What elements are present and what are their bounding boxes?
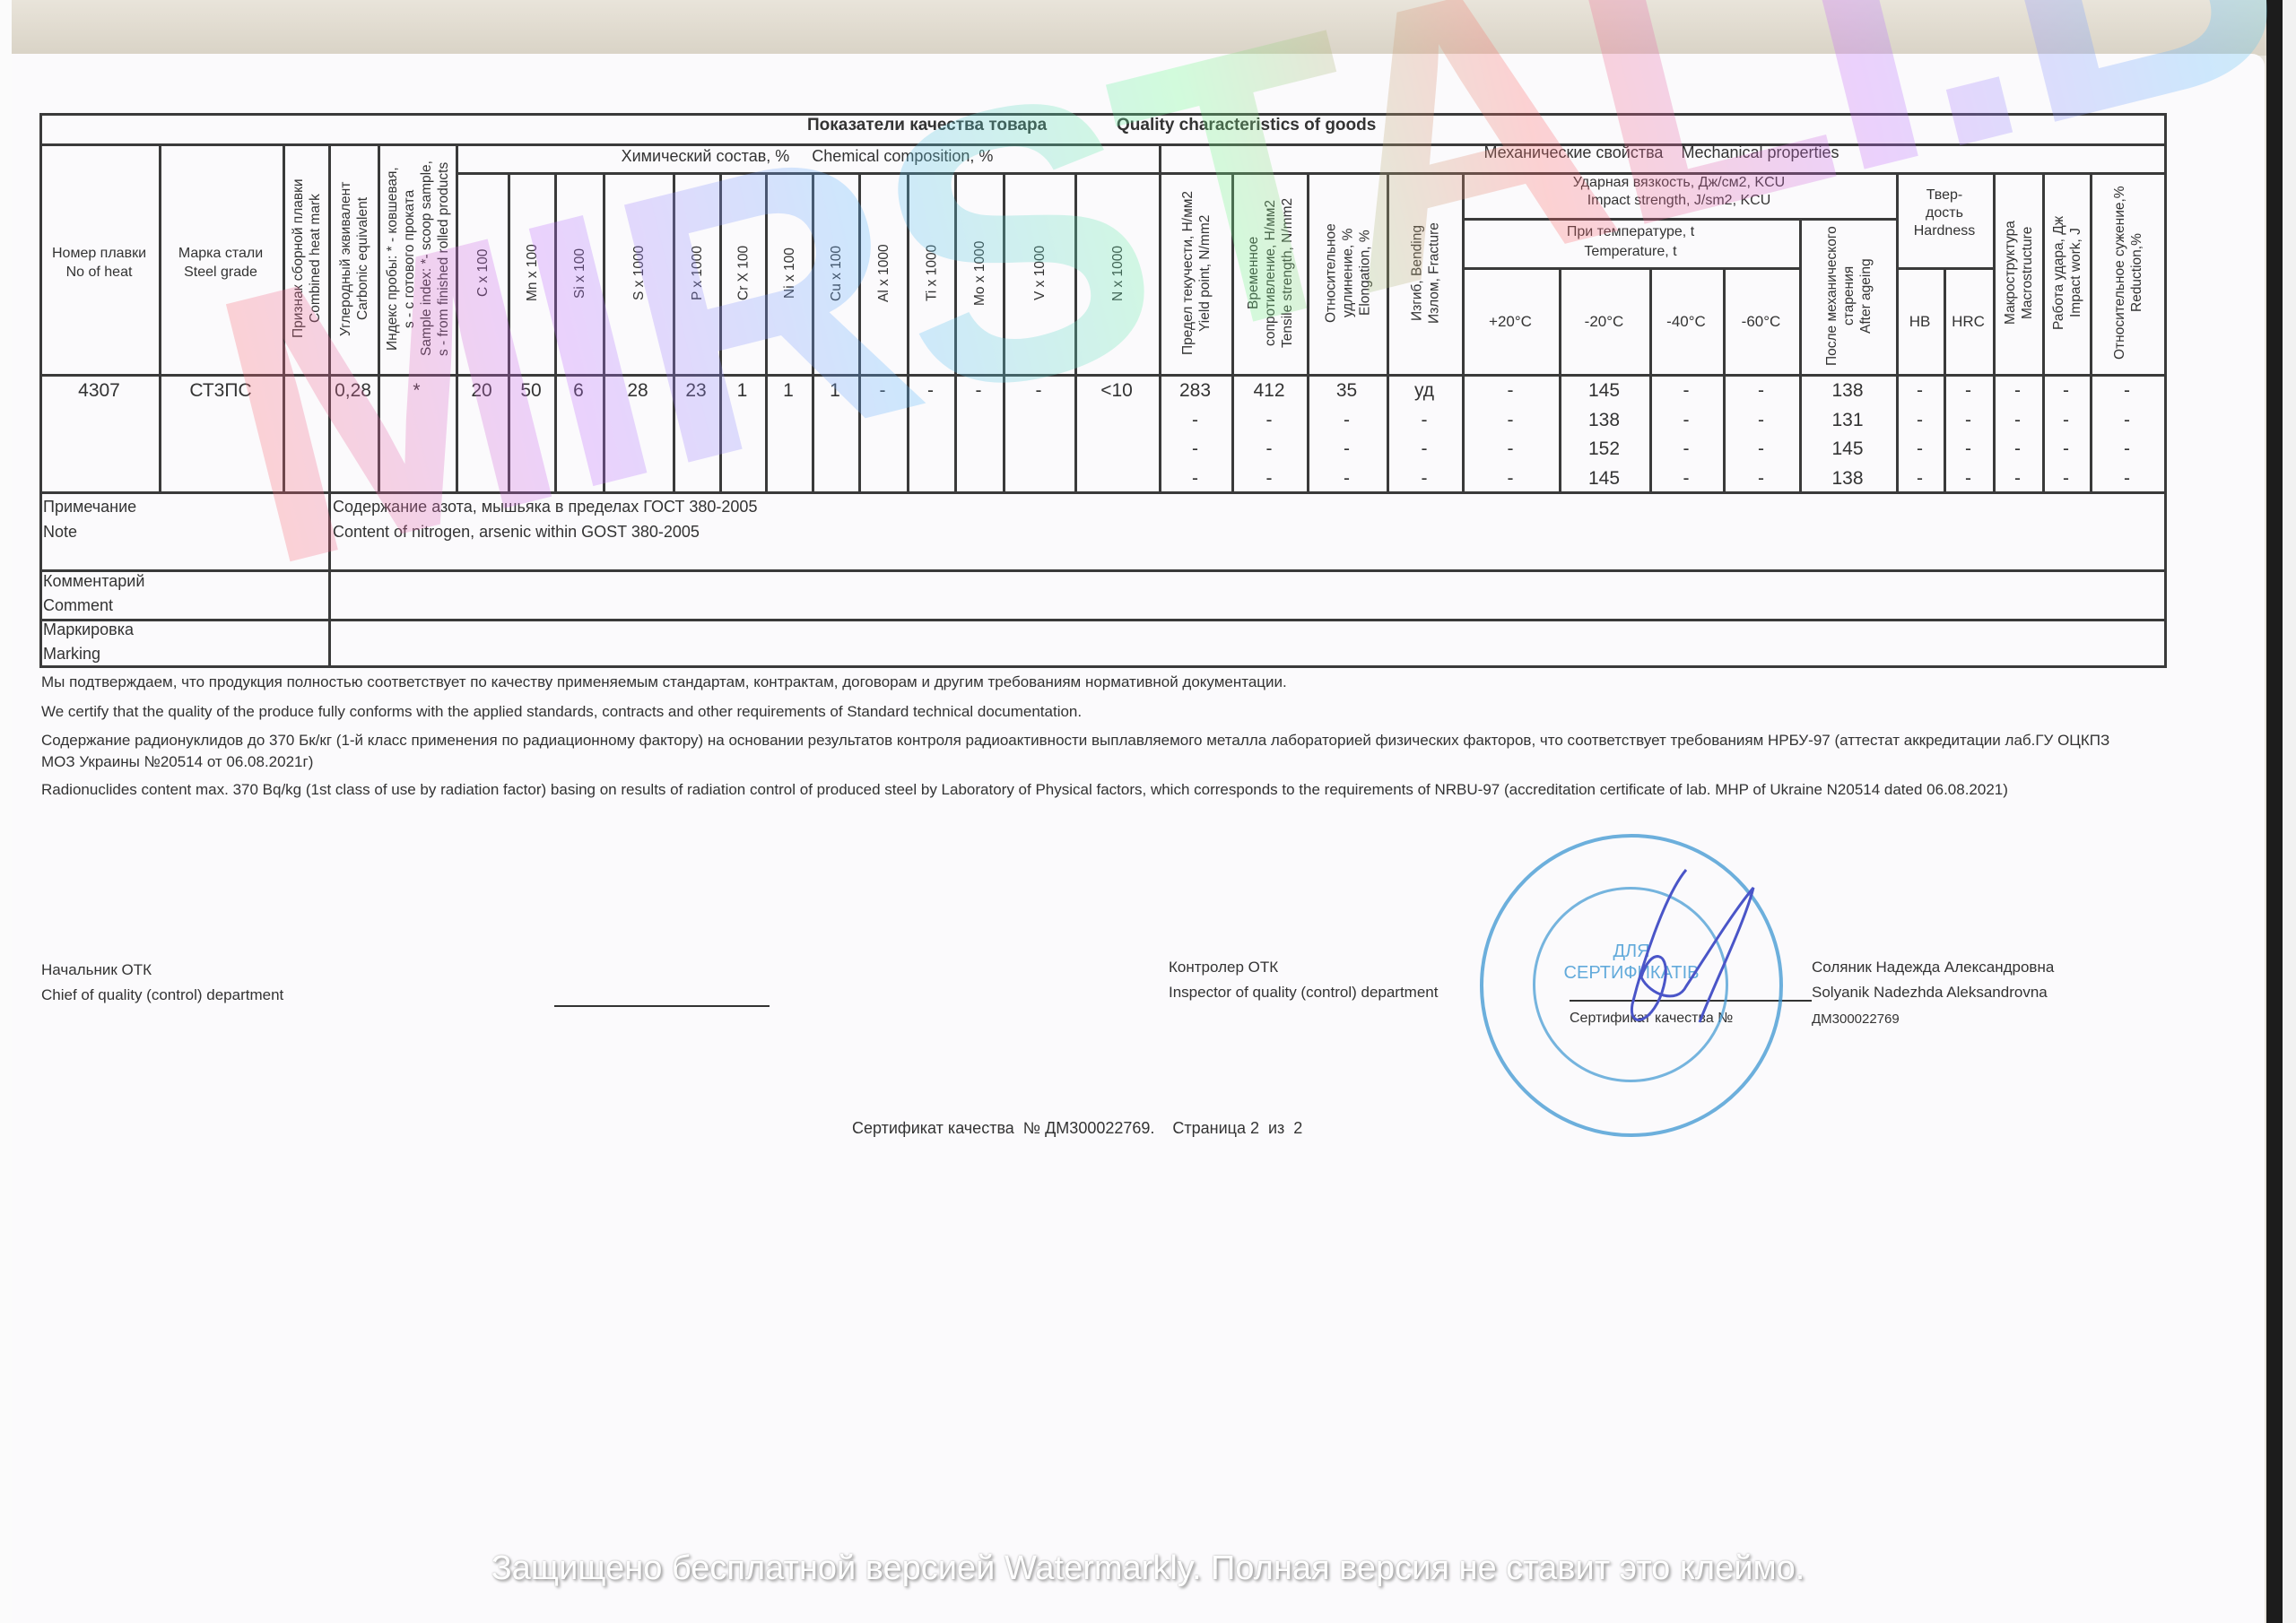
column-header-HB: HB	[1896, 312, 1944, 331]
column-header-C: C x 100	[458, 176, 508, 370]
column-header-HRC: HRC	[1944, 312, 1993, 331]
cell-t-m40: -	[1649, 468, 1723, 490]
cell-t-p20: -	[1462, 410, 1559, 431]
column-header-Cu: Cu x 100	[814, 176, 858, 370]
cell-t-m20: 138	[1559, 410, 1649, 431]
cell-P: 23	[673, 380, 719, 402]
radionuclides-text-en: Radionuclides content max. 370 Bq/kg (1s…	[41, 779, 2131, 801]
cell-impact-work: -	[2042, 468, 2090, 490]
column-header-t-m60: -60°C	[1723, 312, 1799, 331]
cell-bending: -	[1387, 468, 1462, 490]
column-header-elongation: Относительное удлинение, % Elongation, %	[1309, 176, 1387, 370]
cell-HB: -	[1896, 468, 1944, 490]
signature-icon	[1578, 861, 1812, 1040]
cell-steel-grade: СТ3ПС	[159, 380, 283, 402]
cell-after-ageing: 145	[1799, 438, 1896, 460]
table-rule	[159, 143, 161, 491]
table-rule	[39, 569, 2167, 572]
watermarkly-notice: Защищено бесплатной версией Watermarkly.…	[0, 1549, 2296, 1588]
column-header-carbon-eq: Углеродный эквивалент Carbonic equivalen…	[331, 147, 378, 370]
cell-t-m40: -	[1649, 438, 1723, 460]
table-rule	[39, 374, 2167, 377]
cell-t-m60: -	[1723, 438, 1799, 460]
cell-t-p20: -	[1462, 468, 1559, 490]
cell-macro: -	[1993, 380, 2042, 402]
column-header-S: S x 1000	[605, 176, 673, 370]
column-header-Mo: Mo x 1000	[957, 176, 1003, 370]
cell-after-ageing: 131	[1799, 410, 1896, 431]
chief-signature-line	[554, 1005, 770, 1007]
table-rule	[2164, 113, 2167, 665]
comment-label-en: Comment	[43, 596, 113, 615]
note-text-ru: Содержание азота, мышьяка в пределах ГОС…	[333, 498, 757, 516]
cell-macro: -	[1993, 468, 2042, 490]
temperature-heading: При температуре, t Temperature, t	[1462, 222, 1799, 262]
cell-reduction: -	[2090, 438, 2164, 460]
cell-impact-work: -	[2042, 380, 2090, 402]
cell-tensile: -	[1231, 468, 1307, 490]
marking-label-en: Marking	[43, 645, 100, 664]
scanner-edge-light	[2283, 0, 2296, 1623]
cell-t-m60: -	[1723, 468, 1799, 490]
column-header-t-p20: +20°C	[1462, 312, 1559, 331]
cell-Cu: 1	[812, 380, 858, 402]
cell-Ni: 1	[765, 380, 812, 402]
table-rule	[1462, 218, 1899, 221]
cell-t-m40: -	[1649, 380, 1723, 402]
cell-macro: -	[1993, 410, 2042, 431]
cell-elongation: -	[1307, 438, 1387, 460]
scanner-edge	[2266, 0, 2283, 1623]
cell-elongation: -	[1307, 410, 1387, 431]
cell-tensile: 412	[1231, 380, 1307, 402]
chief-title-ru: Начальник ОТК	[41, 960, 152, 979]
cell-t-p20: -	[1462, 380, 1559, 402]
cell-impact-work: -	[2042, 438, 2090, 460]
column-header-bending: Изгиб, Bending Излом, Fracture	[1389, 176, 1462, 370]
cell-yield: -	[1159, 468, 1231, 490]
cell-carbon-eq: 0,28	[328, 380, 378, 402]
cell-t-m60: -	[1723, 380, 1799, 402]
column-header-Mn: Mn x 100	[510, 176, 554, 370]
cell-tensile: -	[1231, 410, 1307, 431]
column-header-Al: Al x 1000	[861, 176, 907, 370]
cell-HB: -	[1896, 380, 1944, 402]
radionuclides-text-ru: Содержание радионуклидов до 370 Бк/кг (1…	[41, 730, 2131, 773]
table-title-ru: Показатели качества товара	[807, 116, 1047, 135]
cell-tensile: -	[1231, 438, 1307, 460]
note-text-en: Content of nitrogen, arsenic within GOST…	[333, 523, 700, 542]
cell-N: <10	[1074, 380, 1159, 402]
cell-elongation: -	[1307, 468, 1387, 490]
cell-yield: -	[1159, 410, 1231, 431]
cell-Ti: -	[907, 380, 954, 402]
table-rule	[39, 665, 2167, 668]
cell-Si: 6	[554, 380, 603, 402]
cell-HRC: -	[1944, 380, 1993, 402]
cell-S: 28	[603, 380, 673, 402]
certify-text-ru: Мы подтверждаем, что продукция полностью…	[41, 673, 2176, 691]
column-header-Ni: Ni x 100	[768, 176, 812, 370]
column-header-after-ageing: После механического старения After agein…	[1802, 221, 1896, 370]
footer-page-info: Сертификат качества № ДМ300022769. Стран…	[852, 1119, 1302, 1138]
mechanical-properties-heading: Механические свойства Mechanical propert…	[1159, 143, 2164, 162]
column-header-yield: Предел текучести, Н/мм2 Yield point, N/m…	[1161, 176, 1231, 370]
column-header-impact-work: Работа удара, Дж Impact work, J	[2045, 176, 2090, 370]
cell-yield: -	[1159, 438, 1231, 460]
cell-t-m20: 145	[1559, 468, 1649, 490]
note-label-ru: Примечание	[43, 498, 136, 516]
certificate-code: ДМ300022769	[1812, 1010, 1900, 1028]
cell-t-m20: 152	[1559, 438, 1649, 460]
cell-after-ageing: 138	[1799, 468, 1896, 490]
scanner-background	[12, 0, 2281, 56]
cell-bending: -	[1387, 410, 1462, 431]
column-header-combined-heat: Признак сборной плавки Combined heat mar…	[285, 147, 328, 370]
note-label-en: Note	[43, 523, 77, 542]
cell-sample-index: *	[378, 380, 456, 402]
column-header-heat-no: Номер плавки No of heat	[39, 244, 159, 282]
cell-V: -	[1003, 380, 1074, 402]
column-header-Si: Si x 100	[557, 176, 603, 370]
inspector-title-en: Inspector of quality (control) departmen…	[1169, 983, 1438, 1002]
cell-reduction: -	[2090, 380, 2164, 402]
certify-text-en: We certify that the quality of the produ…	[41, 702, 2176, 721]
table-title-en: Quality characteristics of goods	[1117, 116, 1376, 135]
table-rule	[328, 491, 331, 569]
cell-reduction: -	[2090, 410, 2164, 431]
column-header-macro: Макроструктура Macrostructure	[1996, 176, 2042, 370]
chemical-composition-heading: Химический состав, % Chemical compositio…	[456, 147, 1159, 166]
column-header-Cr: Cr X 100	[722, 176, 765, 370]
column-header-t-m20: -20°C	[1559, 312, 1649, 331]
impact-strength-heading: Ударная вязкость, Дж/см2, KCU Impact str…	[1462, 174, 1896, 210]
cell-t-m60: -	[1723, 410, 1799, 431]
column-header-tensile: Временное сопротивление, Н/мм2 Tensile s…	[1234, 176, 1307, 370]
cell-t-m20: 145	[1559, 380, 1649, 402]
cell-HRC: -	[1944, 410, 1993, 431]
cell-Mo: -	[954, 380, 1003, 402]
column-header-N: N x 1000	[1077, 176, 1159, 370]
table-rule	[328, 569, 331, 665]
cell-yield: 283	[1159, 380, 1231, 402]
inspector-title-ru: Контролер ОТК	[1169, 958, 1278, 976]
cell-C: 20	[456, 380, 508, 402]
cell-Al: -	[858, 380, 907, 402]
cell-macro: -	[1993, 438, 2042, 460]
column-header-steel-grade: Марка стали Steel grade	[159, 244, 283, 282]
cell-bending: уд	[1387, 380, 1462, 402]
table-rule	[456, 172, 2167, 175]
inspector-name-en: Solyanik Nadezhda Aleksandrovna	[1812, 983, 2048, 1002]
cell-HRC: -	[1944, 468, 1993, 490]
cell-t-p20: -	[1462, 438, 1559, 460]
cell-Mn: 50	[508, 380, 554, 402]
table-rule	[39, 113, 2167, 116]
cell-HB: -	[1896, 410, 1944, 431]
cell-impact-work: -	[2042, 410, 2090, 431]
cell-t-m40: -	[1649, 410, 1723, 431]
comment-label-ru: Комментарий	[43, 572, 144, 591]
cell-reduction: -	[2090, 468, 2164, 490]
cell-heat-no: 4307	[39, 380, 159, 402]
table-rule	[39, 619, 2167, 621]
column-header-sample-index: Индекс пробы: * - ковшевая, s - с готово…	[380, 147, 456, 370]
cell-elongation: 35	[1307, 380, 1387, 402]
column-header-P: P x 1000	[675, 176, 719, 370]
cell-Cr: 1	[719, 380, 765, 402]
cell-HB: -	[1896, 438, 1944, 460]
hardness-heading: Твер- дость Hardness	[1896, 187, 1993, 240]
scan-left-margin	[0, 0, 12, 1623]
cell-HRC: -	[1944, 438, 1993, 460]
column-header-Ti: Ti x 1000	[909, 176, 954, 370]
marking-label-ru: Маркировка	[43, 621, 134, 639]
chief-title-en: Chief of quality (control) department	[41, 985, 283, 1004]
inspector-name-ru: Соляник Надежда Александровна	[1812, 958, 2054, 976]
table-rule	[1462, 267, 1802, 270]
column-header-V: V x 1000	[1005, 176, 1074, 370]
column-header-t-m40: -40°C	[1649, 312, 1723, 331]
cell-bending: -	[1387, 438, 1462, 460]
cell-after-ageing: 138	[1799, 380, 1896, 402]
table-rule	[39, 491, 2167, 494]
column-header-reduction: Относительное сужение,% Reduction,%	[2092, 176, 2164, 370]
